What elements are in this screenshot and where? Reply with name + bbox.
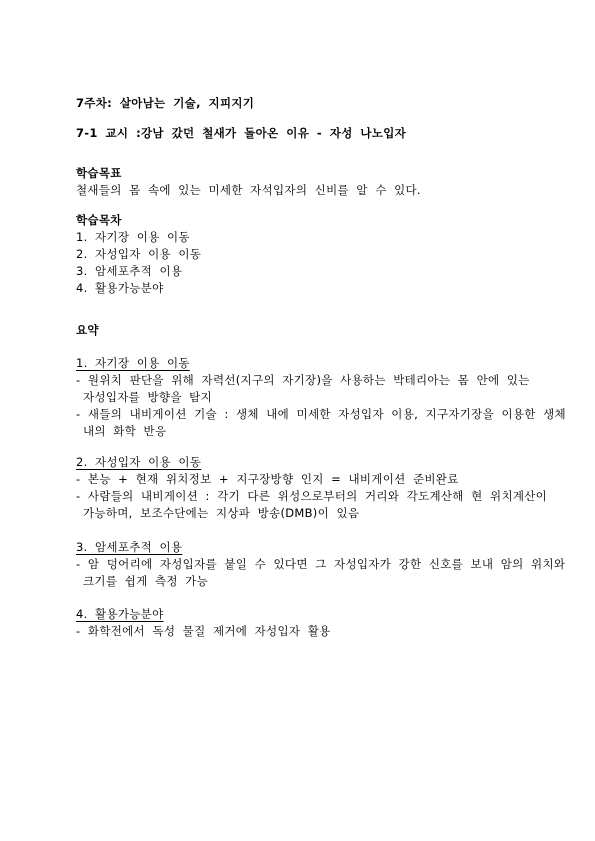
summary-heading: 요약	[76, 322, 545, 339]
document-page: 7주차: 살아남는 기술, 지피지기 7-1 교시 :강남 갔던 철새가 돌아온…	[0, 0, 595, 841]
bullet-line: - 본능 + 현재 위치정보 + 지구장방향 인지 = 내비게이션 준비완료	[76, 471, 545, 488]
bullet-line: - 원위치 판단을 위해 자력선(지구의 자기장)을 사용하는 박테리아는 몸 …	[76, 372, 545, 389]
goal-heading: 학습목표	[76, 165, 545, 182]
toc-item-1: 1. 자기장 이용 이동	[76, 229, 545, 246]
bullet-continuation: 크기를 쉽게 측정 가능	[76, 573, 545, 590]
toc-item-2: 2. 자성입자 이용 이동	[76, 246, 545, 263]
toc-heading: 학습목차	[76, 212, 545, 229]
bullet-line: - 암 덩어리에 자성입자를 붙일 수 있다면 그 자성입자가 강한 신호를 보…	[76, 556, 545, 573]
bullet-continuation: 내의 화학 반응	[76, 423, 545, 440]
toc-item-3: 3. 암세포추적 이용	[76, 263, 545, 280]
summary-section-2: 2. 자성입자 이용 이동 - 본능 + 현재 위치정보 + 지구장방향 인지 …	[76, 454, 545, 522]
week-title: 7주차: 살아남는 기술, 지피지기	[76, 95, 545, 112]
bullet-continuation: 자성입자를 방향을 탐지	[76, 389, 545, 406]
bullet-line: - 화학전에서 독성 물질 제거에 자성입자 활용	[76, 623, 545, 640]
lesson-title: 7-1 교시 :강남 갔던 철새가 돌아온 이유 - 자성 나노입자	[76, 125, 545, 142]
bullet-line: - 사람들의 내비게이션 : 각기 다른 위성으로부터의 거리와 각도계산해 현…	[76, 488, 545, 505]
section-title: 1. 자기장 이용 이동	[76, 355, 545, 372]
goal-body: 철새들의 몸 속에 있는 미세한 자석입자의 신비를 알 수 있다.	[76, 182, 545, 199]
section-title: 2. 자성입자 이용 이동	[76, 454, 545, 471]
summary-section-1: 1. 자기장 이용 이동 - 원위치 판단을 위해 자력선(지구의 자기장)을 …	[76, 355, 545, 440]
summary-section-4: 4. 활용가능분야 - 화학전에서 독성 물질 제거에 자성입자 활용	[76, 606, 545, 640]
summary-section-3: 3. 암세포추적 이용 - 암 덩어리에 자성입자를 붙일 수 있다면 그 자성…	[76, 539, 545, 590]
bullet-continuation: 가능하며, 보조수단에는 지상파 방송(DMB)이 있음	[76, 505, 545, 522]
section-title: 3. 암세포추적 이용	[76, 539, 545, 556]
section-title: 4. 활용가능분야	[76, 606, 545, 623]
bullet-line: - 새들의 내비게이션 기술 : 생체 내에 미세한 자성입자 이용, 지구자기…	[76, 406, 545, 423]
toc-item-4: 4. 활용가능분야	[76, 280, 545, 297]
